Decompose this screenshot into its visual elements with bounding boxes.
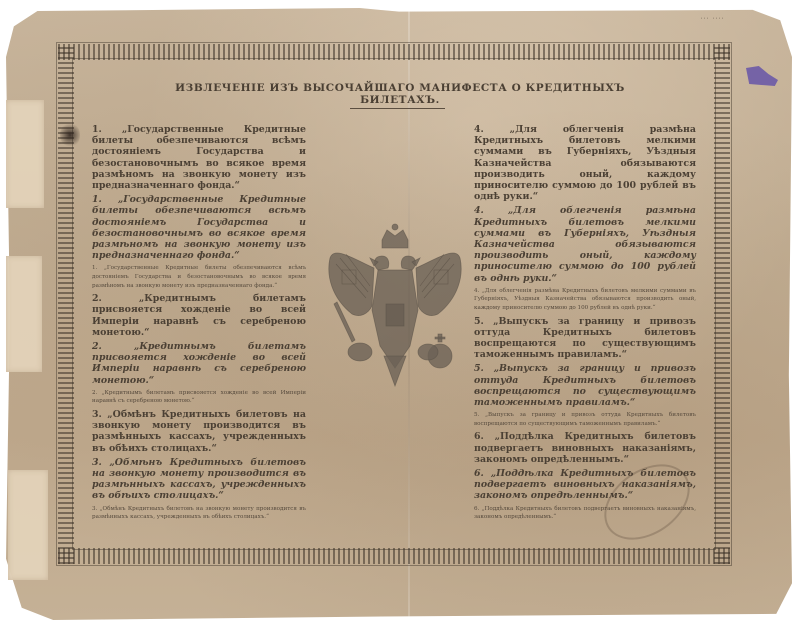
- serial-marking: ··· ····: [700, 16, 724, 22]
- clause-3-text-small: 3. „Обмѣнъ Кредитныхъ билетовъ на звонку…: [92, 505, 306, 522]
- ink-stain: [60, 122, 80, 148]
- clause-4-text-small: 4. „Для облегченія размѣна Кредитныхъ би…: [474, 287, 696, 313]
- clause-3-text-italic: 3. „Обмѣнъ Кредитныхъ билетовъ на звонку…: [92, 457, 306, 502]
- clause-1-text-small: 1. „Государственные Кредитные билеты обе…: [92, 264, 306, 290]
- repair-tape-middle: [6, 256, 42, 372]
- clause-5-text: 5. „Выпускъ за границу и привозъ оттуда …: [474, 316, 696, 361]
- clause-1-text: 1. „Государственные Кредитные билеты обе…: [92, 124, 306, 191]
- repair-tape-top: [6, 100, 44, 208]
- clause-4-text-italic: 4. „Для облегченія размѣна Кредитныхъ би…: [474, 205, 696, 283]
- clause-4-text: 4. „Для облегченія размѣна Кредитныхъ би…: [474, 124, 696, 202]
- clause-6-text: 6. „Поддѣлка Кредитныхъ билетовъ подверг…: [474, 431, 696, 465]
- clause-2-text: 2. „Кредитнымъ билетамъ присвояется хожд…: [92, 293, 306, 338]
- repair-tape-bottom: [8, 470, 48, 580]
- clause-2-text-italic: 2. „Кредитнымъ билетамъ присвояется хожд…: [92, 341, 306, 386]
- clause-5-text-small: 5. „Выпускъ за границу и привозъ оттуда …: [474, 411, 696, 428]
- clause-2-text-small: 2. „Кредитнымъ билетамъ присвояется хожд…: [92, 389, 306, 406]
- manifesto-title: ИЗВЛЕЧЕНІЕ ИЗЪ ВЫСОЧАЙШАГО МАНИФЕСТА О К…: [140, 82, 660, 106]
- title-rule: [350, 108, 445, 109]
- clause-1-text-italic: 1. „Государственные Кредитные билеты обе…: [92, 194, 306, 261]
- clause-3-text: 3. „Обмѣнъ Кредитныхъ билетовъ на звонку…: [92, 409, 306, 454]
- clause-5-text-italic: 5. „Выпускъ за границу и привозъ оттуда …: [474, 363, 696, 408]
- double-headed-eagle-icon: [312, 218, 478, 393]
- left-text-column: 1. „Государственные Кредитные билеты обе…: [92, 124, 306, 525]
